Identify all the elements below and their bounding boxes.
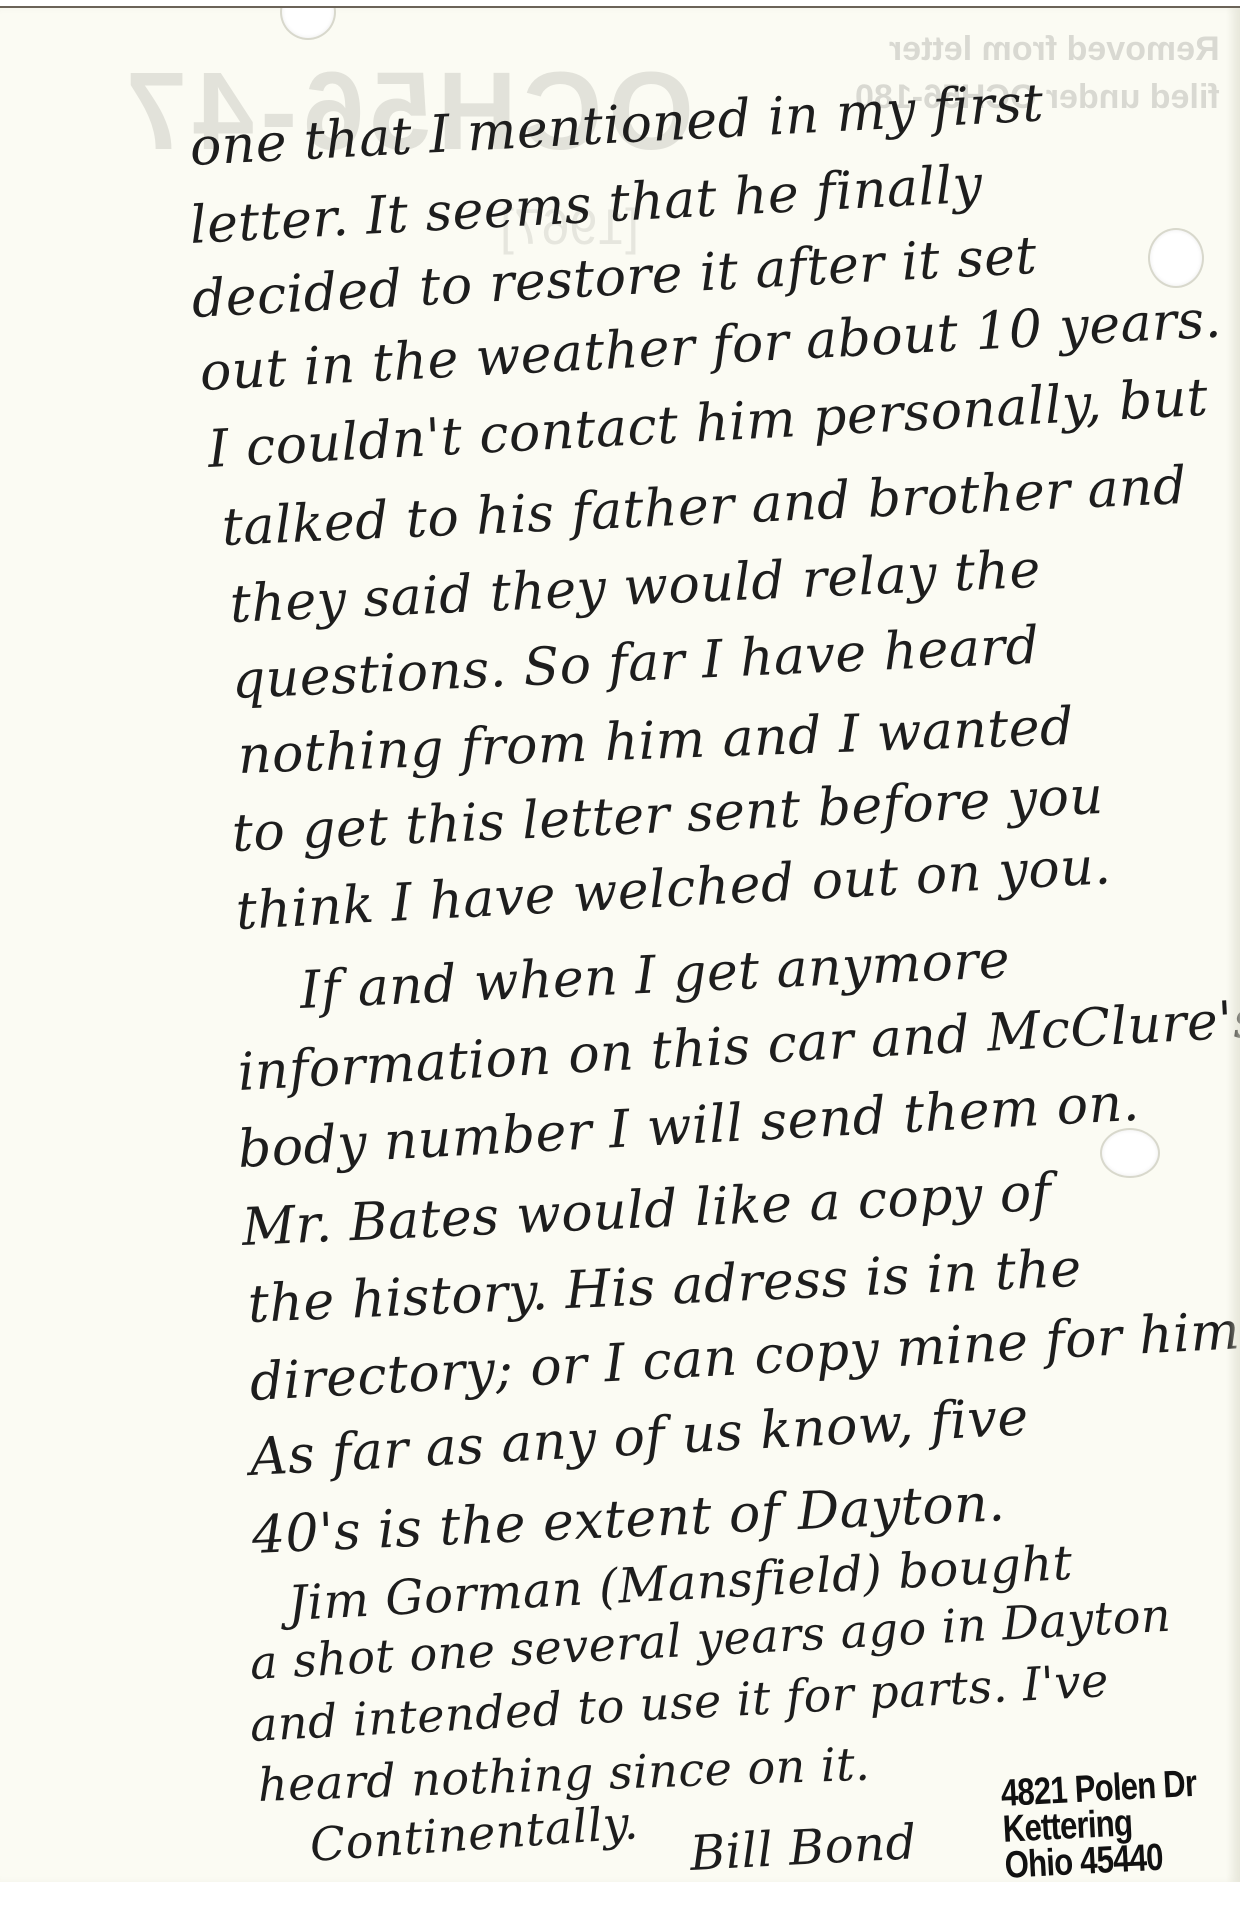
letter-line: Mr. Bates would like a copy of (241, 1163, 1053, 1258)
letter-page: OCH56-47 Removed from letter filed under… (0, 6, 1240, 1882)
bleed-through-note-line-1: Removed from letter (889, 30, 1220, 69)
address-stamp: 4821 Polen Dr Kettering Ohio 45440 (1000, 1766, 1201, 1882)
letter-signature: Bill Bond (689, 1814, 919, 1882)
punch-hole-upper-right (1150, 230, 1202, 286)
torn-hole-top (282, 6, 334, 38)
letter-line: questions. So far I have heard (231, 616, 1041, 711)
address-state-zip: Ohio 45440 (1004, 1838, 1201, 1882)
punch-hole-middle-right (1102, 1130, 1158, 1176)
